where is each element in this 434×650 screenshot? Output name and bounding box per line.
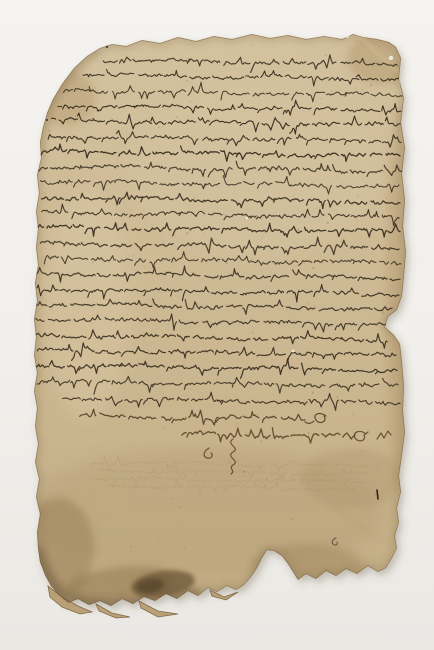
dark-speck bbox=[46, 119, 48, 121]
light-fleck bbox=[246, 217, 249, 220]
speck bbox=[389, 193, 391, 195]
speck bbox=[176, 116, 178, 118]
speck bbox=[374, 315, 376, 317]
speck bbox=[42, 83, 43, 84]
speck bbox=[70, 407, 71, 408]
speck bbox=[379, 589, 381, 591]
speck bbox=[186, 80, 188, 82]
speck bbox=[321, 297, 322, 298]
speck bbox=[212, 174, 213, 175]
speck bbox=[260, 440, 262, 442]
speck bbox=[132, 500, 134, 502]
dark-speck bbox=[311, 588, 313, 590]
dark-speck bbox=[239, 33, 241, 35]
speck bbox=[279, 454, 281, 456]
speck bbox=[130, 546, 132, 548]
speck bbox=[396, 456, 397, 457]
speck bbox=[48, 130, 50, 132]
speck bbox=[361, 89, 363, 91]
speck bbox=[405, 374, 406, 375]
speck bbox=[306, 494, 307, 495]
speck bbox=[121, 134, 122, 135]
speck bbox=[221, 176, 223, 178]
speck bbox=[252, 332, 254, 334]
speck bbox=[55, 406, 56, 407]
speck bbox=[105, 299, 107, 301]
speck bbox=[312, 267, 314, 269]
light-fleck bbox=[389, 56, 393, 60]
speck bbox=[325, 54, 327, 56]
speck bbox=[291, 260, 292, 261]
torn-frill bbox=[96, 604, 130, 618]
speck bbox=[291, 519, 293, 521]
speck bbox=[77, 477, 78, 478]
repair-patch bbox=[399, 70, 407, 84]
speck bbox=[158, 340, 159, 341]
dark-speck bbox=[127, 41, 129, 43]
dark-speck bbox=[161, 37, 163, 39]
speck bbox=[305, 348, 306, 349]
speck bbox=[293, 242, 294, 243]
speck bbox=[57, 166, 58, 167]
dark-speck bbox=[106, 46, 108, 48]
speck bbox=[293, 93, 294, 94]
speck bbox=[90, 495, 92, 497]
speck bbox=[184, 548, 186, 550]
speck bbox=[135, 423, 136, 424]
speck bbox=[133, 57, 134, 58]
speck bbox=[308, 432, 310, 434]
speck bbox=[270, 250, 271, 251]
speck bbox=[336, 176, 338, 178]
speck bbox=[266, 478, 268, 480]
speck bbox=[355, 87, 357, 89]
speck bbox=[163, 427, 165, 429]
speck bbox=[320, 98, 321, 99]
speck bbox=[52, 439, 53, 440]
speck bbox=[293, 320, 295, 322]
speck bbox=[179, 506, 181, 508]
speck bbox=[223, 214, 225, 216]
speck bbox=[318, 451, 319, 452]
speck bbox=[39, 612, 41, 614]
speck bbox=[92, 261, 94, 263]
speck bbox=[382, 312, 384, 314]
speck bbox=[331, 579, 332, 580]
speck bbox=[63, 582, 64, 583]
speck bbox=[357, 118, 358, 119]
paper-stain bbox=[302, 448, 402, 508]
speck bbox=[120, 218, 121, 219]
speck bbox=[330, 90, 332, 92]
speck bbox=[292, 605, 294, 607]
speck bbox=[275, 406, 277, 408]
speck bbox=[370, 84, 372, 86]
speck bbox=[132, 255, 134, 257]
speck bbox=[232, 102, 233, 103]
speck bbox=[130, 104, 131, 105]
speck bbox=[194, 197, 196, 199]
speck bbox=[285, 327, 286, 328]
speck bbox=[297, 229, 299, 231]
speck bbox=[182, 557, 183, 558]
dark-speck bbox=[202, 34, 205, 37]
speck bbox=[404, 349, 405, 350]
speck bbox=[41, 75, 43, 77]
light-fleck bbox=[344, 32, 350, 38]
torn-frill bbox=[210, 590, 238, 600]
speck bbox=[172, 71, 173, 72]
light-fleck bbox=[292, 350, 295, 353]
speck bbox=[187, 57, 189, 59]
speck bbox=[308, 303, 310, 305]
speck bbox=[312, 391, 314, 393]
speck bbox=[386, 198, 387, 199]
speck bbox=[157, 538, 158, 539]
speck bbox=[236, 422, 238, 424]
speck bbox=[235, 426, 236, 427]
speck bbox=[161, 540, 163, 542]
speck bbox=[387, 327, 388, 328]
speck bbox=[172, 498, 174, 500]
dark-speck bbox=[284, 590, 287, 593]
speck bbox=[92, 175, 93, 176]
speck bbox=[379, 46, 380, 47]
speck bbox=[51, 309, 52, 310]
speck bbox=[327, 222, 329, 224]
ink-dash-mark bbox=[377, 490, 378, 499]
speck bbox=[336, 396, 338, 398]
speck bbox=[299, 590, 301, 592]
speck bbox=[49, 520, 51, 522]
speck bbox=[279, 84, 281, 86]
speck bbox=[159, 98, 160, 99]
speck bbox=[203, 232, 205, 234]
speck bbox=[405, 578, 407, 580]
dark-speck bbox=[57, 69, 59, 71]
speck bbox=[352, 414, 354, 416]
speck bbox=[64, 58, 66, 60]
speck bbox=[190, 101, 191, 102]
paper-fiber bbox=[341, 582, 344, 588]
speck bbox=[251, 45, 253, 47]
paper-stain bbox=[253, 544, 363, 588]
speck bbox=[158, 126, 160, 128]
speck bbox=[199, 311, 200, 312]
paper-stain bbox=[36, 70, 96, 126]
speck bbox=[166, 109, 167, 110]
speck bbox=[262, 161, 263, 162]
speck bbox=[328, 110, 329, 111]
speck bbox=[376, 465, 378, 467]
speck bbox=[250, 503, 251, 504]
speck bbox=[375, 493, 377, 495]
speck bbox=[355, 40, 357, 42]
speck bbox=[119, 367, 120, 368]
speck bbox=[138, 107, 139, 108]
speck bbox=[226, 263, 228, 265]
speck bbox=[242, 475, 243, 476]
speck bbox=[131, 576, 133, 578]
speck bbox=[214, 141, 216, 143]
dark-speck bbox=[297, 594, 301, 598]
speck bbox=[395, 330, 397, 332]
photo-backdrop bbox=[0, 0, 434, 650]
speck bbox=[205, 397, 206, 398]
speck bbox=[357, 195, 359, 197]
speck bbox=[44, 192, 46, 194]
speck bbox=[382, 544, 383, 545]
speck bbox=[178, 524, 180, 526]
speck bbox=[287, 122, 289, 124]
speck bbox=[356, 219, 357, 220]
speck bbox=[321, 120, 323, 122]
speck bbox=[186, 232, 188, 234]
speck bbox=[196, 553, 198, 555]
speck bbox=[391, 518, 392, 519]
speck bbox=[243, 530, 245, 532]
speck bbox=[361, 450, 363, 452]
manuscript-photo bbox=[0, 0, 434, 650]
speck bbox=[210, 252, 211, 253]
light-fleck bbox=[364, 28, 368, 32]
speck bbox=[38, 98, 40, 100]
torn-frill bbox=[139, 601, 178, 617]
